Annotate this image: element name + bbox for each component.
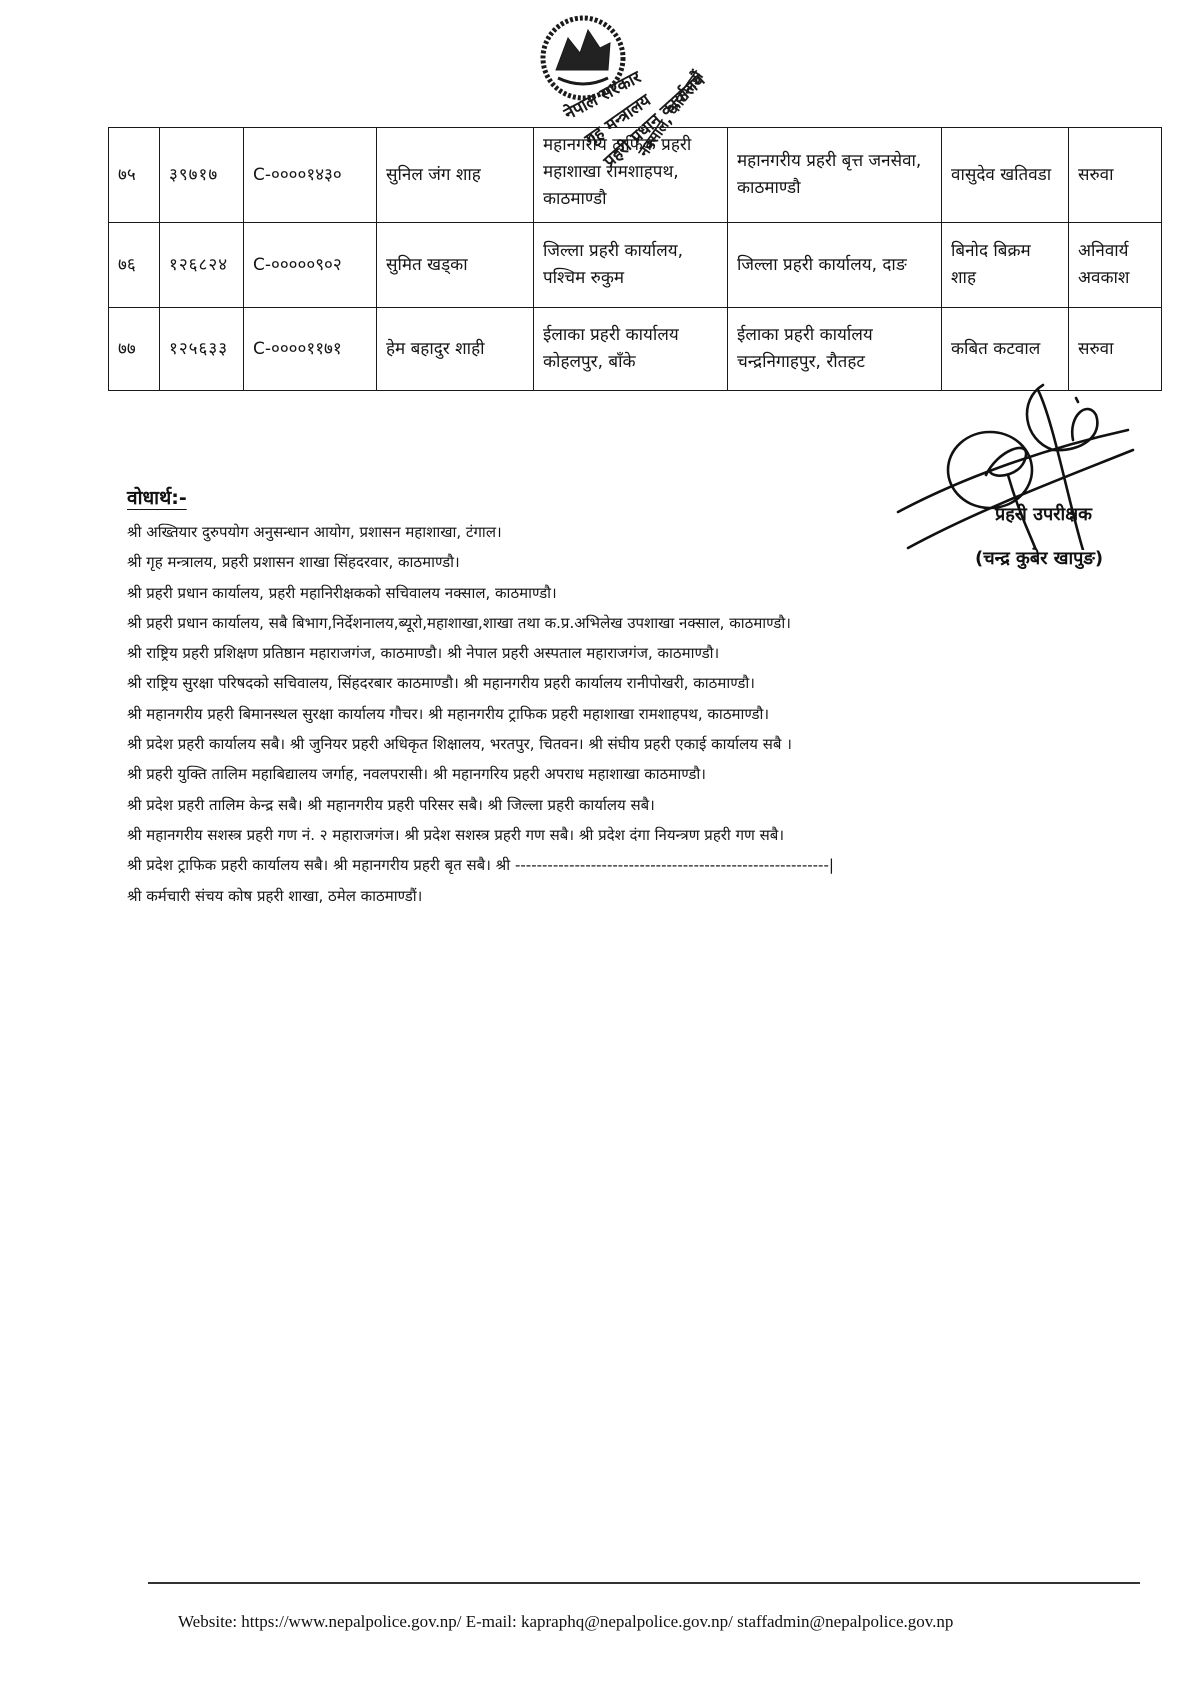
serial-cell: ७५ <box>109 128 160 223</box>
table-row: ७७ १२५६३३ C-००००११७१ हेम बहादुर शाही ईला… <box>109 308 1162 391</box>
code-cell: C-०००००९०२ <box>244 223 377 308</box>
list-item: श्री प्रहरी प्रधान कार्यालय, सबै बिभाग,न… <box>127 608 834 638</box>
to-office-cell: ईलाका प्रहरी कार्यालय चन्द्रनिगाहपुर, रौ… <box>728 308 942 391</box>
code-cell: C-००००१४३० <box>244 128 377 223</box>
list-item: श्री राष्ट्रिय सुरक्षा परिषदको सचिवालय, … <box>127 668 834 698</box>
list-item: श्री अख्तियार दुरुपयोग अनुसन्धान आयोग, प… <box>127 517 834 547</box>
list-item: श्री प्रदेश प्रहरी तालिम केन्द्र सबै। श्… <box>127 790 834 820</box>
from-office-cell: जिल्ला प्रहरी कार्यालय, पश्चिम रुकुम <box>534 223 728 308</box>
list-item: श्री प्रदेश प्रहरी कार्यालय सबै। श्री जु… <box>127 729 834 759</box>
name-cell: सुनिल जंग शाह <box>377 128 534 223</box>
code-cell: C-००००११७१ <box>244 308 377 391</box>
cc-heading: वोधार्थ:- <box>127 484 187 510</box>
replaced-by-cell: बिनोद बिक्रम शाह <box>942 223 1069 308</box>
replaced-by-cell: कबित कटवाल <box>942 308 1069 391</box>
from-office-cell: ईलाका प्रहरी कार्यालय कोहलपुर, बाँके <box>534 308 728 391</box>
to-office-cell: जिल्ला प्रहरी कार्यालय, दाङ <box>728 223 942 308</box>
table-row: ७६ १२६८२४ C-०००००९०२ सुमित खड्का जिल्ला … <box>109 223 1162 308</box>
table-row: ७५ ३९७१७ C-००००१४३० सुनिल जंग शाह महानगर… <box>109 128 1162 223</box>
list-item: श्री प्रहरी युक्ति तालिम महाबिद्यालय जर्… <box>127 759 834 789</box>
replaced-by-cell: वासुदेव खतिवडा <box>942 128 1069 223</box>
footer-contact: Website: https://www.nepalpolice.gov.np/… <box>178 1612 953 1632</box>
list-item: श्री गृह मन्त्रालय, प्रहरी प्रशासन शाखा … <box>127 547 834 577</box>
remarks-cell: अनिवार्य अवकाश <box>1069 223 1162 308</box>
list-item: श्री प्रहरी प्रधान कार्यालय, प्रहरी महान… <box>127 578 834 608</box>
name-cell: हेम बहादुर शाही <box>377 308 534 391</box>
list-item: श्री कर्मचारी संचय कोष प्रहरी शाखा, ठमेल… <box>127 881 834 911</box>
signatory-title: प्रहरी उपरीक्षक <box>995 502 1092 526</box>
signatory-name: (चन्द्र कुबेर खापुङ) <box>975 546 1103 570</box>
list-item: श्री राष्ट्रिय प्रहरी प्रशिक्षण प्रतिष्ठ… <box>127 638 834 668</box>
serial-cell: ७७ <box>109 308 160 391</box>
id-cell: १२६८२४ <box>160 223 244 308</box>
footer-divider <box>148 1582 1140 1584</box>
transfer-table: ७५ ३९७१७ C-००००१४३० सुनिल जंग शाह महानगर… <box>108 127 1162 391</box>
name-cell: सुमित खड्का <box>377 223 534 308</box>
remarks-cell: सरुवा <box>1069 128 1162 223</box>
id-cell: १२५६३३ <box>160 308 244 391</box>
from-office-cell: महानगरीय ट्राफिक प्रहरी महाशाखा रामशाहपथ… <box>534 128 728 223</box>
to-office-cell: महानगरीय प्रहरी बृत्त जनसेवा, काठमाण्डौ <box>728 128 942 223</box>
cc-list: श्री अख्तियार दुरुपयोग अनुसन्धान आयोग, प… <box>127 517 834 911</box>
list-item: श्री महानगरीय प्रहरी बिमानस्थल सुरक्षा क… <box>127 699 834 729</box>
remarks-cell: सरुवा <box>1069 308 1162 391</box>
list-item: श्री महानगरीय सशस्त्र प्रहरी गण नं. २ मह… <box>127 820 834 850</box>
id-cell: ३९७१७ <box>160 128 244 223</box>
serial-cell: ७६ <box>109 223 160 308</box>
list-item: श्री प्रदेश ट्राफिक प्रहरी कार्यालय सबै।… <box>127 850 834 880</box>
